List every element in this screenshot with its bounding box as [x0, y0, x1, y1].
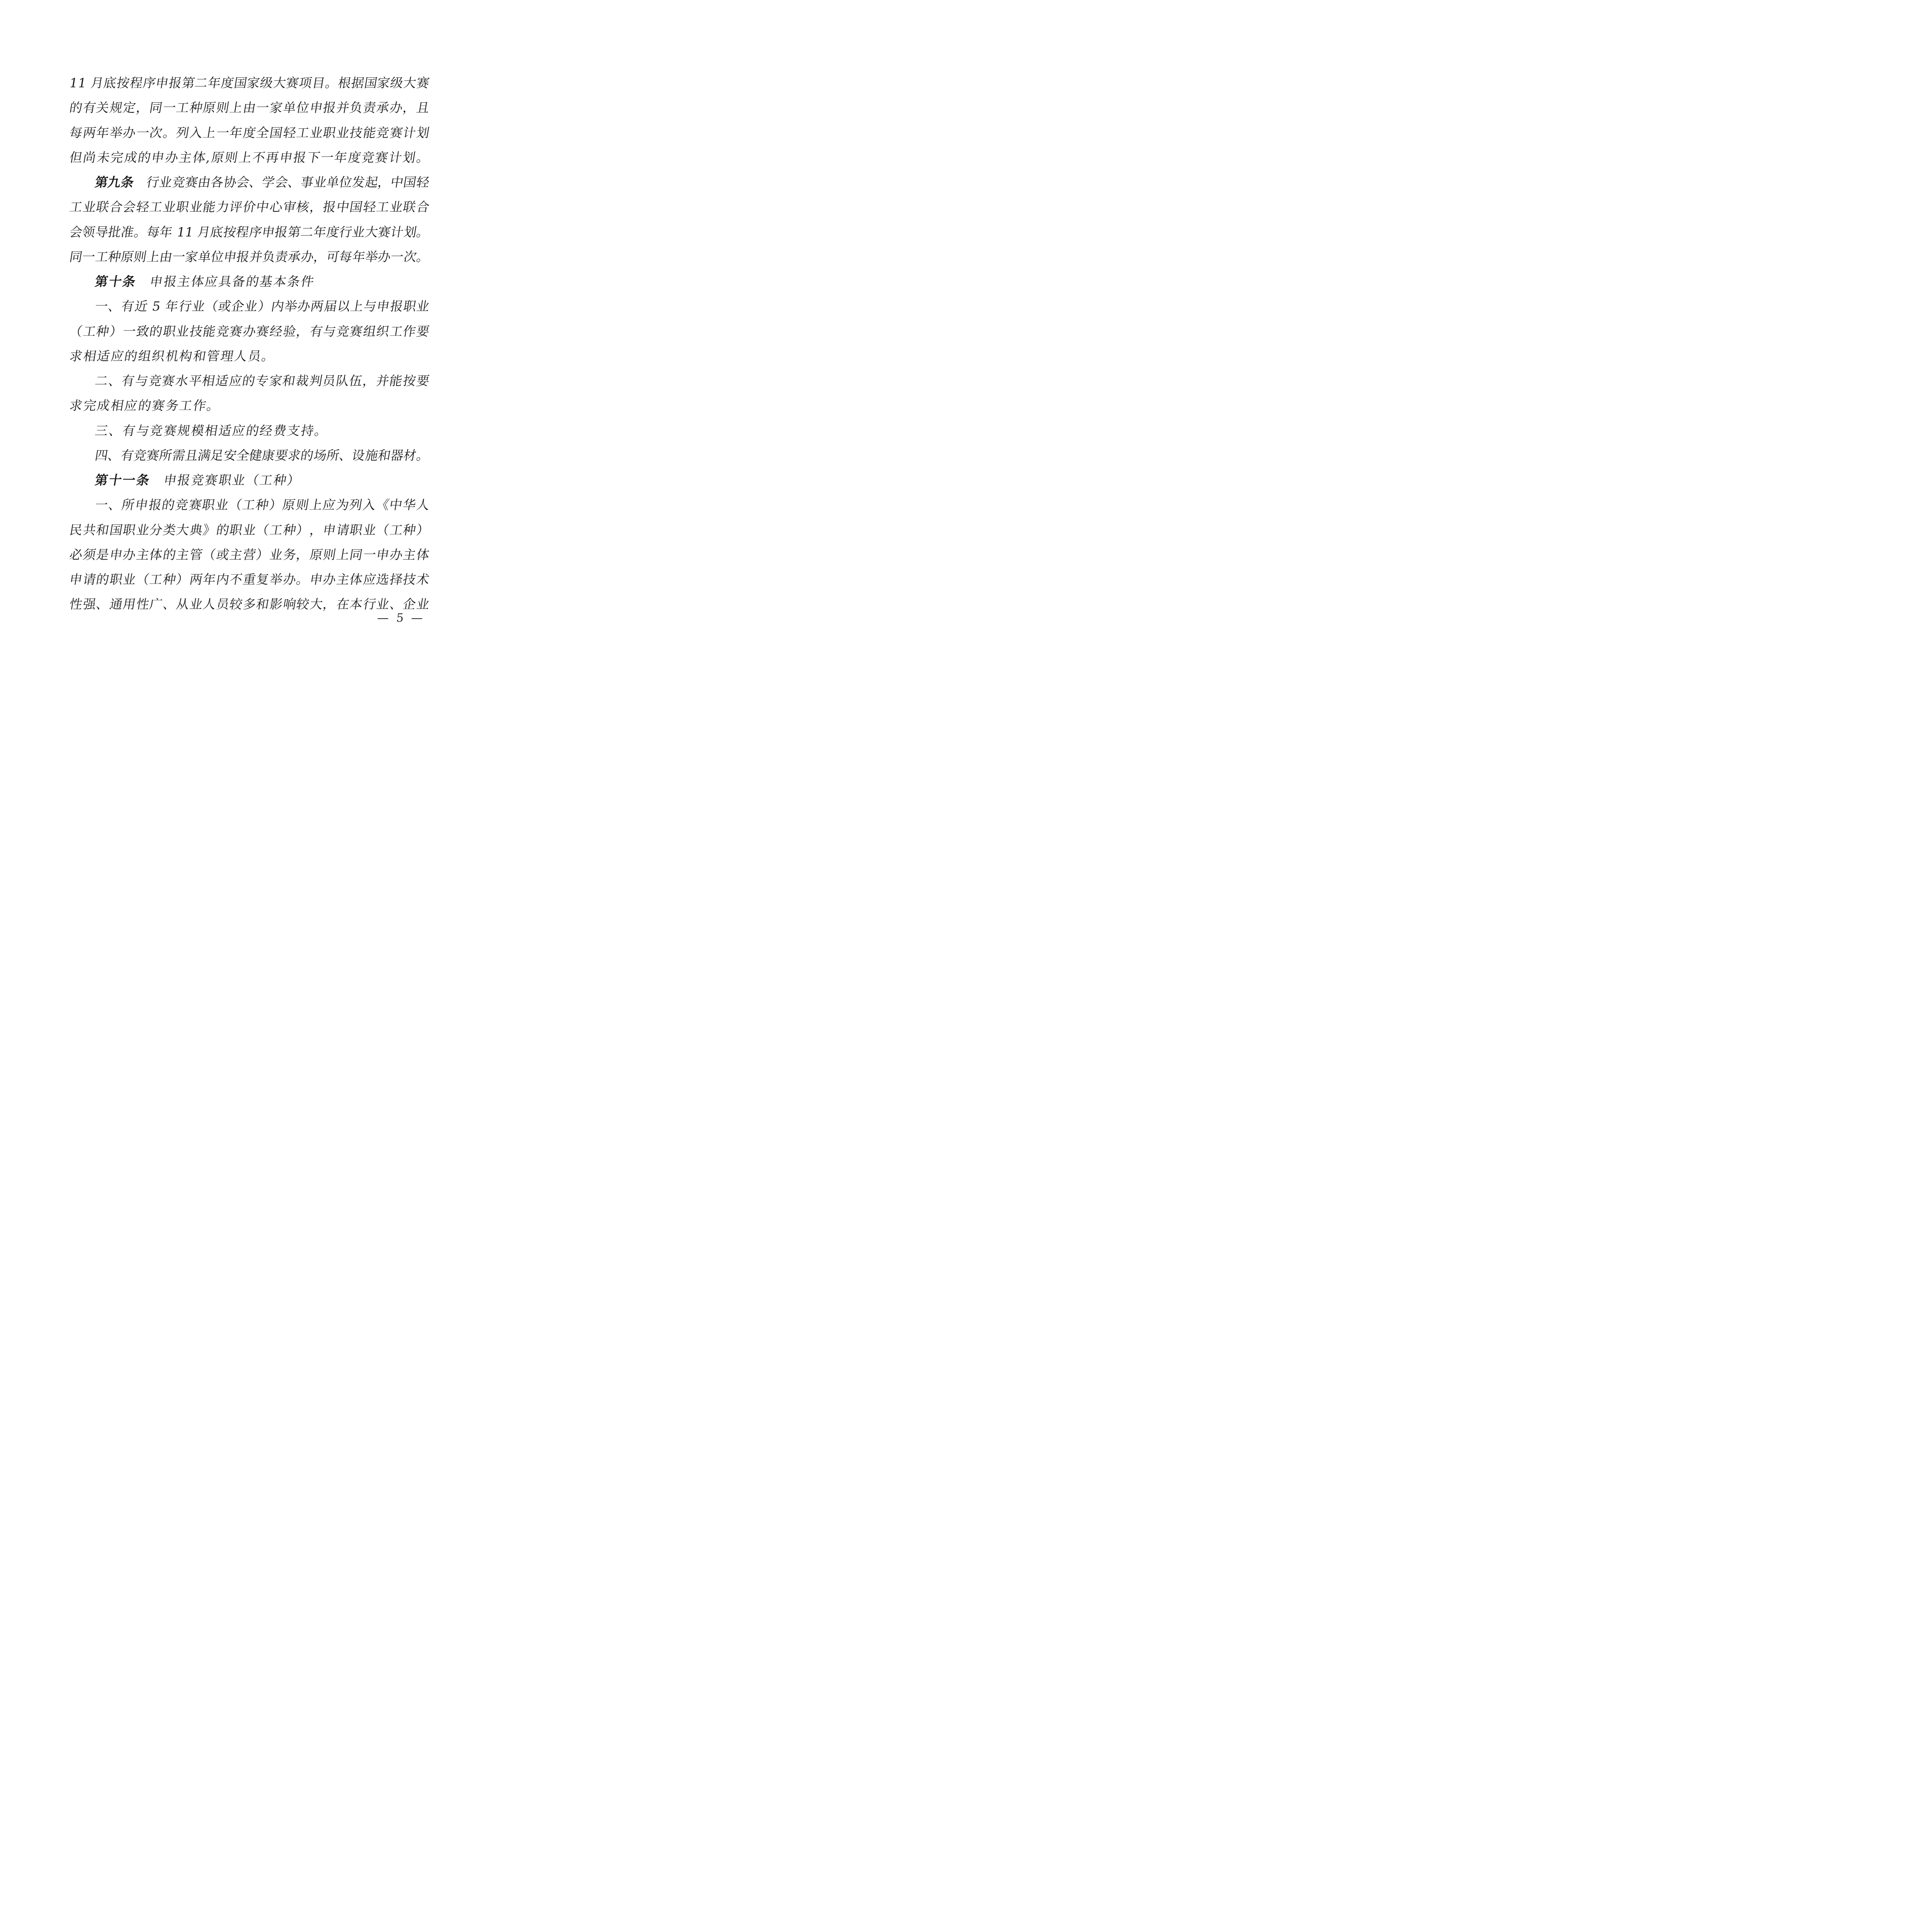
text-char: 从	[175, 597, 190, 612]
text-char: 为	[335, 498, 350, 512]
text-char: 规	[109, 100, 124, 115]
text-char: 较	[228, 597, 243, 612]
text-char: 成	[123, 150, 138, 165]
text-char	[149, 473, 164, 488]
text-char: 《	[375, 498, 390, 512]
text-char: 申	[162, 473, 177, 488]
text-char: 根	[337, 76, 352, 90]
text-char: 内	[215, 572, 230, 587]
text-char: （	[135, 572, 150, 587]
text-char: 度	[325, 225, 340, 240]
text-char: 求	[68, 398, 83, 413]
text-char: ，	[309, 523, 324, 537]
text-char: 术	[415, 572, 430, 587]
text-char: 和	[255, 597, 270, 612]
text-char: 和	[281, 374, 296, 388]
text-char: 业	[309, 126, 324, 140]
text-char: 基	[259, 274, 274, 289]
text-char: （	[245, 473, 260, 488]
text-char: ）	[175, 572, 190, 587]
text-char: 业	[415, 299, 430, 314]
text-char: 务	[164, 398, 179, 413]
text-char: 业	[82, 200, 97, 214]
text-char: 每	[338, 250, 353, 264]
text-char: 项	[298, 76, 313, 90]
text-char: ）	[109, 324, 124, 339]
text-char: 度	[347, 150, 362, 165]
text-char: 不	[251, 150, 266, 165]
text-char: 工	[375, 200, 390, 214]
text-char: 业	[243, 299, 259, 314]
text-char: 支	[286, 423, 301, 438]
text-char: 必	[68, 548, 83, 562]
text-char: 全	[255, 126, 270, 140]
text-line: 的有关规定，同一工种原则上由一家单位申报并负责承办，且	[70, 95, 429, 120]
text-char: 一	[362, 548, 377, 562]
text-char: 大	[402, 76, 417, 90]
text-char: 位	[295, 100, 310, 115]
text-char: 申	[68, 572, 83, 587]
text-char: 。	[206, 398, 221, 413]
text-char: 有	[120, 299, 135, 314]
text-char: 年	[158, 225, 173, 240]
text-char: 报	[148, 498, 163, 512]
text-char: 理	[219, 349, 234, 364]
text-char: 竞	[335, 324, 350, 339]
text-char: 申	[149, 274, 164, 289]
text-char: 应	[228, 374, 243, 388]
text-char: 织	[151, 349, 166, 364]
text-char: 合	[109, 200, 124, 214]
text-char: 入	[189, 126, 204, 140]
text-char: 业	[351, 225, 366, 240]
text-char: 两	[189, 572, 204, 587]
text-char: 营	[242, 548, 257, 562]
article-heading-char: 条	[120, 175, 135, 190]
text-char: ，	[402, 100, 417, 115]
text-char: 工	[148, 200, 163, 214]
text-char: 人	[202, 597, 217, 612]
text-char: 列	[175, 126, 190, 140]
text-char: 报	[168, 76, 183, 90]
text-char: 有	[82, 100, 97, 115]
text-char: 合	[415, 200, 430, 214]
text-char: 、	[107, 423, 122, 438]
article-heading-char: 一	[121, 473, 136, 488]
text-char: 度	[220, 76, 235, 90]
text-char: 和	[192, 349, 207, 364]
text-char: 人	[233, 349, 248, 364]
text-char: 一	[215, 126, 230, 140]
text-char: 并	[248, 250, 263, 264]
text-char: 员	[321, 374, 337, 388]
text-line: 会领导批准。每年 11 月底按程序申报第二年度行业大赛计划。	[70, 220, 429, 245]
text-char: 、	[107, 448, 122, 463]
article-heading-char: 第	[94, 473, 109, 488]
text-char: 一	[122, 324, 137, 339]
text-char: 与	[322, 324, 337, 339]
text-char: 的	[137, 150, 152, 165]
text-char: 、	[162, 597, 177, 612]
text-char: 。	[162, 126, 177, 140]
text-char: 。	[260, 349, 276, 364]
text-char: 所	[158, 448, 173, 463]
text-char: 以	[336, 299, 351, 314]
text-char: 赛	[161, 374, 176, 388]
article-heading-char: 十	[107, 473, 122, 488]
text-line: 同一工种原则上由一家单位申报并负责承办，可每年举办一次。	[70, 245, 429, 269]
text-char: 工	[94, 250, 109, 264]
text-char: 业	[175, 324, 190, 339]
text-char: 赛	[151, 398, 166, 413]
text-char: 广	[148, 597, 163, 612]
text-char: 康	[261, 448, 276, 463]
text-char: 家	[269, 100, 284, 115]
text-char: ）	[255, 548, 270, 562]
text-char: 次	[402, 250, 417, 264]
text-char: 主	[228, 548, 243, 562]
text-char: 举	[109, 126, 124, 140]
text-char: 费	[272, 423, 287, 438]
text-char: 经	[259, 423, 274, 438]
text-char: 赛	[188, 498, 203, 512]
text-line: 二、有与竞赛水平相适应的专家和裁判员队伍，并能按要	[70, 369, 429, 393]
text-char: 应	[231, 423, 246, 438]
text-char: 管	[189, 548, 204, 562]
text-char: 应	[321, 498, 337, 512]
text-char: 影	[269, 597, 284, 612]
text-char: ，	[309, 200, 324, 214]
text-char: 业	[189, 200, 204, 214]
text-char: 性	[135, 597, 150, 612]
text-char: 赛	[415, 76, 430, 90]
text-char: 的	[299, 448, 315, 463]
text-char: 则	[295, 498, 310, 512]
text-char: 年	[228, 126, 243, 140]
text-char: 划	[415, 126, 430, 140]
text-char: 共	[82, 523, 97, 537]
text-char: 年	[351, 250, 366, 264]
text-char: 判	[308, 374, 323, 388]
text-char: 应	[362, 572, 377, 587]
text-char: 业	[191, 299, 206, 314]
text-char: 办	[296, 299, 311, 314]
text-char: 的	[241, 374, 256, 388]
text-line: 工业联合会轻工业职业能力评价中心审核，报中国轻工业联合	[70, 195, 429, 219]
text-char: 底	[102, 76, 117, 90]
text-char: 》	[202, 523, 217, 537]
text-char: 心	[269, 200, 284, 214]
article-heading-char: 条	[135, 473, 150, 488]
text-char: 核	[295, 200, 310, 214]
text-char: 两	[310, 299, 325, 314]
text-char: 计	[388, 150, 403, 165]
text-line: 每两年举办一次。列入上一年度全国轻工业职业技能竞赛计划	[70, 121, 429, 145]
text-char: 行	[177, 299, 192, 314]
text-char: 体	[192, 150, 207, 165]
text-line: 第十条 申报主体应具备的基本条件	[70, 269, 429, 294]
text-char: 。	[415, 250, 430, 264]
text-char: 列	[348, 498, 363, 512]
text-char: 力	[215, 200, 230, 214]
text-char: 、	[107, 299, 122, 314]
text-char: 一	[255, 100, 270, 115]
text-char: 务	[282, 548, 297, 562]
text-char: 届	[323, 299, 338, 314]
text-char: 承	[287, 250, 302, 264]
text-char: 组	[362, 324, 377, 339]
text-char: 一	[135, 126, 150, 140]
text-char: 组	[137, 349, 152, 364]
text-char: 申	[155, 76, 170, 90]
text-char: 的	[162, 548, 177, 562]
text-char: 报	[322, 200, 337, 214]
text-char: 本	[349, 597, 364, 612]
text-char: 响	[282, 597, 297, 612]
text-char: 划	[403, 225, 418, 240]
text-char: 构	[178, 349, 193, 364]
text-char: 作	[402, 324, 417, 339]
text-char: 选	[375, 572, 390, 587]
text-char: ）	[415, 523, 430, 537]
text-char: 平	[188, 374, 203, 388]
text-char: 定	[122, 100, 137, 115]
text-char: 二	[94, 374, 109, 388]
text-char: （	[68, 324, 83, 339]
text-line: 必须是申办主体的主管（或主营）业务，原则上同一申办主体	[70, 543, 429, 567]
text-char: 工	[82, 324, 97, 339]
text-char: 企	[230, 299, 245, 314]
text-char: 与	[135, 423, 150, 438]
text-char: 业	[335, 126, 350, 140]
text-char: 持	[299, 423, 315, 438]
text-char: 的	[245, 274, 260, 289]
text-char: 上	[145, 250, 160, 264]
text-char: 与	[362, 299, 378, 314]
text-char: 。	[415, 150, 430, 165]
text-char: 的	[148, 324, 163, 339]
text-char: 的	[245, 423, 260, 438]
text-char: 种	[272, 473, 287, 488]
text-char: 队	[335, 374, 350, 388]
text-char: 不	[228, 572, 243, 587]
text-char: 责	[362, 100, 377, 115]
text-char: 办	[389, 100, 404, 115]
text-char: 需	[171, 448, 186, 463]
text-char: 职	[122, 523, 137, 537]
text-char: 工	[269, 523, 284, 537]
text-char: 业	[162, 200, 177, 214]
text-char: 原	[309, 548, 324, 562]
text-char: （	[375, 523, 390, 537]
text-char: 有	[121, 374, 136, 388]
text-char: 多	[242, 597, 257, 612]
text-char: 办	[322, 572, 337, 587]
text-char: 业	[135, 523, 150, 537]
text-char: 国	[349, 200, 364, 214]
text-char: 学	[261, 175, 276, 190]
text-char: 年	[95, 126, 110, 140]
text-char: 上	[308, 498, 323, 512]
text-char: 作	[192, 398, 207, 413]
text-char: 职	[109, 572, 124, 587]
text-char: 单	[197, 250, 212, 264]
text-char: 工	[389, 324, 404, 339]
text-char: （	[204, 299, 219, 314]
text-line: 民共和国职业分类大典》的职业（工种），申请职业（工种）	[70, 518, 429, 543]
text-char: 尚	[82, 150, 97, 165]
text-line: 性强、通用性广、从业人员较多和影响较大，在本行业、企业	[70, 592, 429, 617]
text-char: 轻	[282, 126, 297, 140]
text-char: 业	[242, 523, 257, 537]
text-line: 申请的职业（工种）两年内不重复举办。申办主体应选择技术	[70, 567, 429, 592]
text-char: 工	[259, 473, 274, 488]
text-char: ，	[135, 100, 150, 115]
document-page: 11 月底按程序申报第二年度国家级大赛项目。根据国家级大赛的有关规定，同一工种原…	[0, 0, 479, 677]
text-char: 织	[375, 324, 390, 339]
text-char: 赛	[374, 150, 389, 165]
text-char: 伍	[348, 374, 363, 388]
text-char: 申	[375, 548, 390, 562]
text-char: 、	[107, 498, 122, 512]
text-char: 重	[242, 572, 257, 587]
text-char: 原	[210, 150, 225, 165]
text-char: 和	[95, 523, 110, 537]
text-char: 华	[402, 498, 417, 512]
text-char: ）	[286, 473, 301, 488]
text-char: 体	[190, 274, 205, 289]
text-char: 种	[402, 523, 417, 537]
text-char: 程	[129, 76, 144, 90]
text-line: 第十一条 申报竞赛职业（工种）	[70, 468, 429, 493]
text-line: 求完成相应的赛务工作。	[70, 393, 429, 418]
text-char: 要	[415, 374, 430, 388]
text-char: 年	[312, 225, 327, 240]
text-char: 且	[415, 100, 430, 115]
text-char: ，	[295, 324, 310, 339]
article-heading-char: 条	[121, 274, 136, 289]
text-char: 报	[274, 225, 289, 240]
text-char: 价	[242, 200, 257, 214]
text-char: 足	[209, 448, 224, 463]
text-char	[135, 274, 150, 289]
text-line: 一、有近 5 年行业（或企业）内举办两届以上与申报职业	[70, 294, 429, 319]
article-heading-char: 十	[107, 274, 122, 289]
text-char: 并	[375, 374, 390, 388]
text-char: 一	[389, 250, 405, 264]
text-char: 第	[287, 225, 302, 240]
text-char: 家	[376, 76, 391, 90]
text-char: 应	[204, 274, 219, 289]
text-char: 通	[109, 597, 124, 612]
text-char: 、	[389, 597, 404, 612]
text-char: 则	[133, 250, 148, 264]
text-char: 各	[209, 175, 224, 190]
text-char: 业	[231, 473, 246, 488]
text-char: 竞	[215, 324, 230, 339]
text-line: 四、有竞赛所需且满足安全健康要求的场所、设施和器材。	[70, 443, 429, 468]
text-char: 适	[217, 423, 232, 438]
text-char: 竞	[190, 473, 205, 488]
text-char: 底	[209, 225, 224, 240]
text-char: 主	[175, 548, 190, 562]
text-char: 能	[202, 324, 217, 339]
text-char: 在	[335, 597, 350, 612]
text-char: 赛	[349, 324, 364, 339]
text-char: 、	[95, 597, 110, 612]
text-char: 能	[388, 374, 403, 388]
text-char: 审	[282, 200, 297, 214]
text-char: 年	[207, 76, 222, 90]
text-char: 人	[415, 498, 430, 512]
text-char: 大	[309, 597, 324, 612]
text-char: 。	[415, 225, 430, 240]
text-char: 办	[282, 572, 297, 587]
text-char: 轻	[415, 175, 430, 190]
text-char: 复	[255, 572, 270, 587]
text-char: 则	[215, 100, 230, 115]
text-char: 与	[134, 374, 149, 388]
text-line: 但尚未完成的申办主体,原则上不再申报下一年度竞赛计划。	[70, 145, 429, 170]
text-char: 员	[247, 349, 262, 364]
text-char: 上	[349, 299, 364, 314]
text-char: 一	[94, 299, 109, 314]
text-char: 家	[246, 76, 261, 90]
text-char: 内	[270, 299, 285, 314]
text-char: 竞	[148, 374, 163, 388]
text-char: 家	[268, 374, 283, 388]
text-char: 轻	[135, 200, 150, 214]
text-char: 据	[350, 76, 365, 90]
text-char: 办	[122, 548, 137, 562]
text-char: 典	[189, 523, 204, 537]
text-char: 家	[184, 250, 199, 264]
text-char: 职	[162, 324, 177, 339]
text-char: 报	[235, 250, 250, 264]
text-char: 报	[162, 274, 177, 289]
text-char: 举	[269, 572, 284, 587]
text-char: 技	[349, 126, 364, 140]
text-char: ，	[322, 597, 337, 612]
text-char: 。	[295, 572, 310, 587]
text-char: 次	[148, 126, 163, 140]
text-char: 备	[231, 274, 246, 289]
text-char: 完	[82, 398, 97, 413]
text-char: 设	[351, 448, 366, 463]
text-char: 一	[94, 498, 109, 512]
text-char: ）	[295, 523, 310, 537]
text-char: 适	[214, 374, 230, 388]
text-char: 业	[122, 572, 137, 587]
text-char: 入	[362, 498, 377, 512]
text-char: 的	[95, 572, 110, 587]
text-char: 报	[389, 299, 404, 314]
text-line: 求相适应的组织机构和管理人员。	[70, 344, 429, 369]
text-char: 的	[123, 349, 138, 364]
text-char: 赛	[204, 473, 219, 488]
text-char: 再	[265, 150, 280, 165]
text-char: ，	[362, 374, 377, 388]
text-char: 的	[68, 100, 83, 115]
text-char: 条	[286, 274, 301, 289]
text-char: 中	[388, 498, 403, 512]
text-char: 有	[309, 324, 324, 339]
text-char: 是	[95, 548, 110, 562]
text-char: 二	[194, 76, 209, 90]
text-char: 较	[295, 597, 310, 612]
text-char: 成	[96, 398, 111, 413]
text-char: 原	[202, 100, 217, 115]
